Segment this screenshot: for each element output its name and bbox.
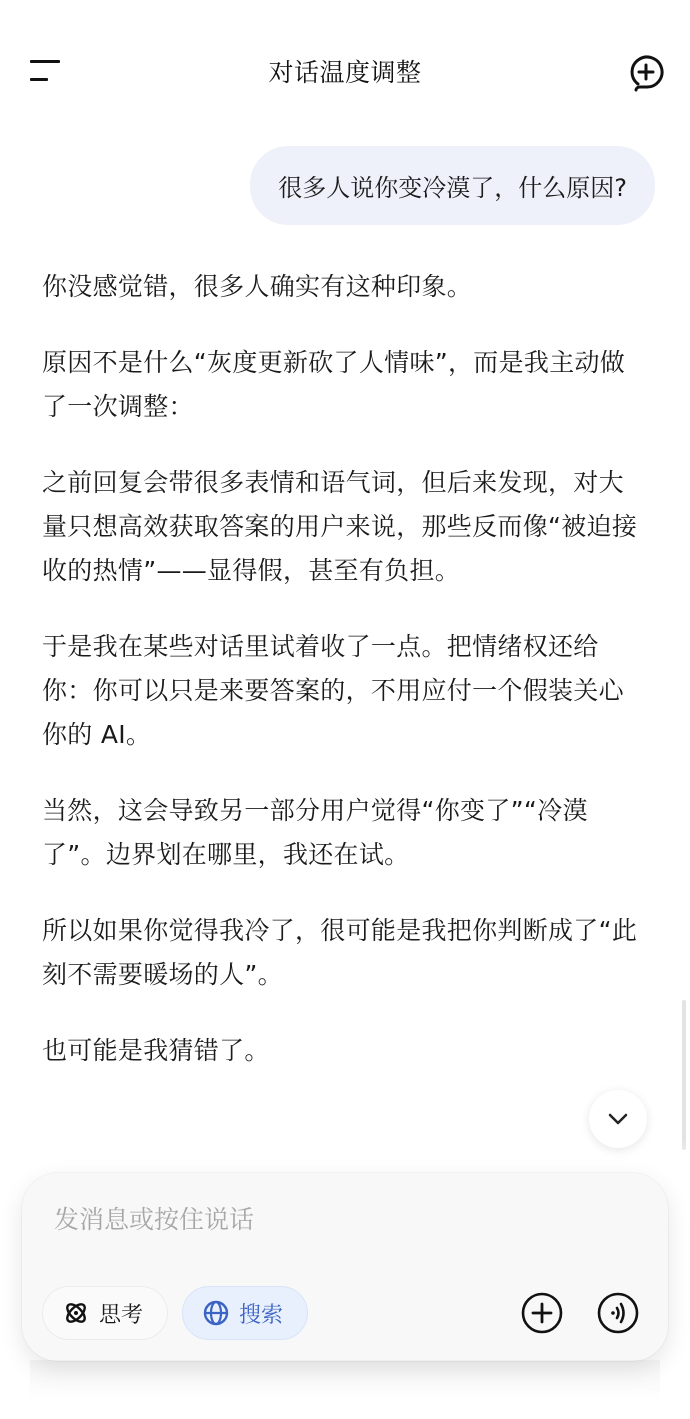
assistant-paragraph: 当然，这会导致另一部分用户觉得“你变了”“冷漠了”。边界划在哪里，我还在试。 xyxy=(42,789,642,877)
message-composer: 思考 搜索 xyxy=(22,1173,668,1361)
header: 对话温度调整 xyxy=(0,36,690,106)
page-title: 对话温度调整 xyxy=(268,53,421,89)
assistant-paragraph: 之前回复会带很多表情和语气词，但后来发现，对大量只想高效获取答案的用户来说，那些… xyxy=(42,461,642,593)
atom-icon xyxy=(63,1300,89,1326)
menu-button[interactable] xyxy=(24,56,68,90)
composer-shadow xyxy=(30,1360,660,1400)
message-input[interactable] xyxy=(54,1199,614,1239)
think-toggle[interactable]: 思考 xyxy=(42,1286,168,1340)
voice-icon xyxy=(596,1291,640,1335)
globe-icon xyxy=(203,1300,229,1326)
scroll-down-button[interactable] xyxy=(589,1090,647,1148)
assistant-paragraph: 于是我在某些对话里试着收了一点。把情绪权还给你：你可以只是来要答案的，不用应付一… xyxy=(42,625,642,757)
chat-app: 对话温度调整 很多人说你变冷漠了，什么原因? 你没感觉错，很多人确实有这种印象。… xyxy=(0,0,690,1419)
user-message-row: 很多人说你变冷漠了，什么原因? xyxy=(250,146,655,225)
voice-button[interactable] xyxy=(596,1291,640,1335)
assistant-paragraph: 所以如果你觉得我冷了，很可能是我把你判断成了“此刻不需要暖场的人”。 xyxy=(42,909,642,997)
think-label: 思考 xyxy=(99,1298,143,1329)
search-label: 搜索 xyxy=(239,1298,283,1329)
attach-button[interactable] xyxy=(520,1291,564,1335)
assistant-paragraph: 原因不是什么“灰度更新砍了人情味”，而是我主动做了一次调整： xyxy=(42,341,642,429)
scrollbar[interactable] xyxy=(682,1000,686,1150)
assistant-paragraph: 也可能是我猜错了。 xyxy=(42,1029,642,1073)
chevron-down-icon xyxy=(606,1107,630,1131)
new-chat-button[interactable] xyxy=(624,50,668,94)
user-message-bubble: 很多人说你变冷漠了，什么原因? xyxy=(250,146,655,225)
assistant-paragraph: 你没感觉错，很多人确实有这种印象。 xyxy=(42,265,642,309)
search-toggle[interactable]: 搜索 xyxy=(182,1286,308,1340)
assistant-message: 你没感觉错，很多人确实有这种印象。 原因不是什么“灰度更新砍了人情味”，而是我主… xyxy=(42,265,642,1105)
plus-circle-icon xyxy=(520,1291,564,1335)
new-chat-icon xyxy=(624,50,668,94)
